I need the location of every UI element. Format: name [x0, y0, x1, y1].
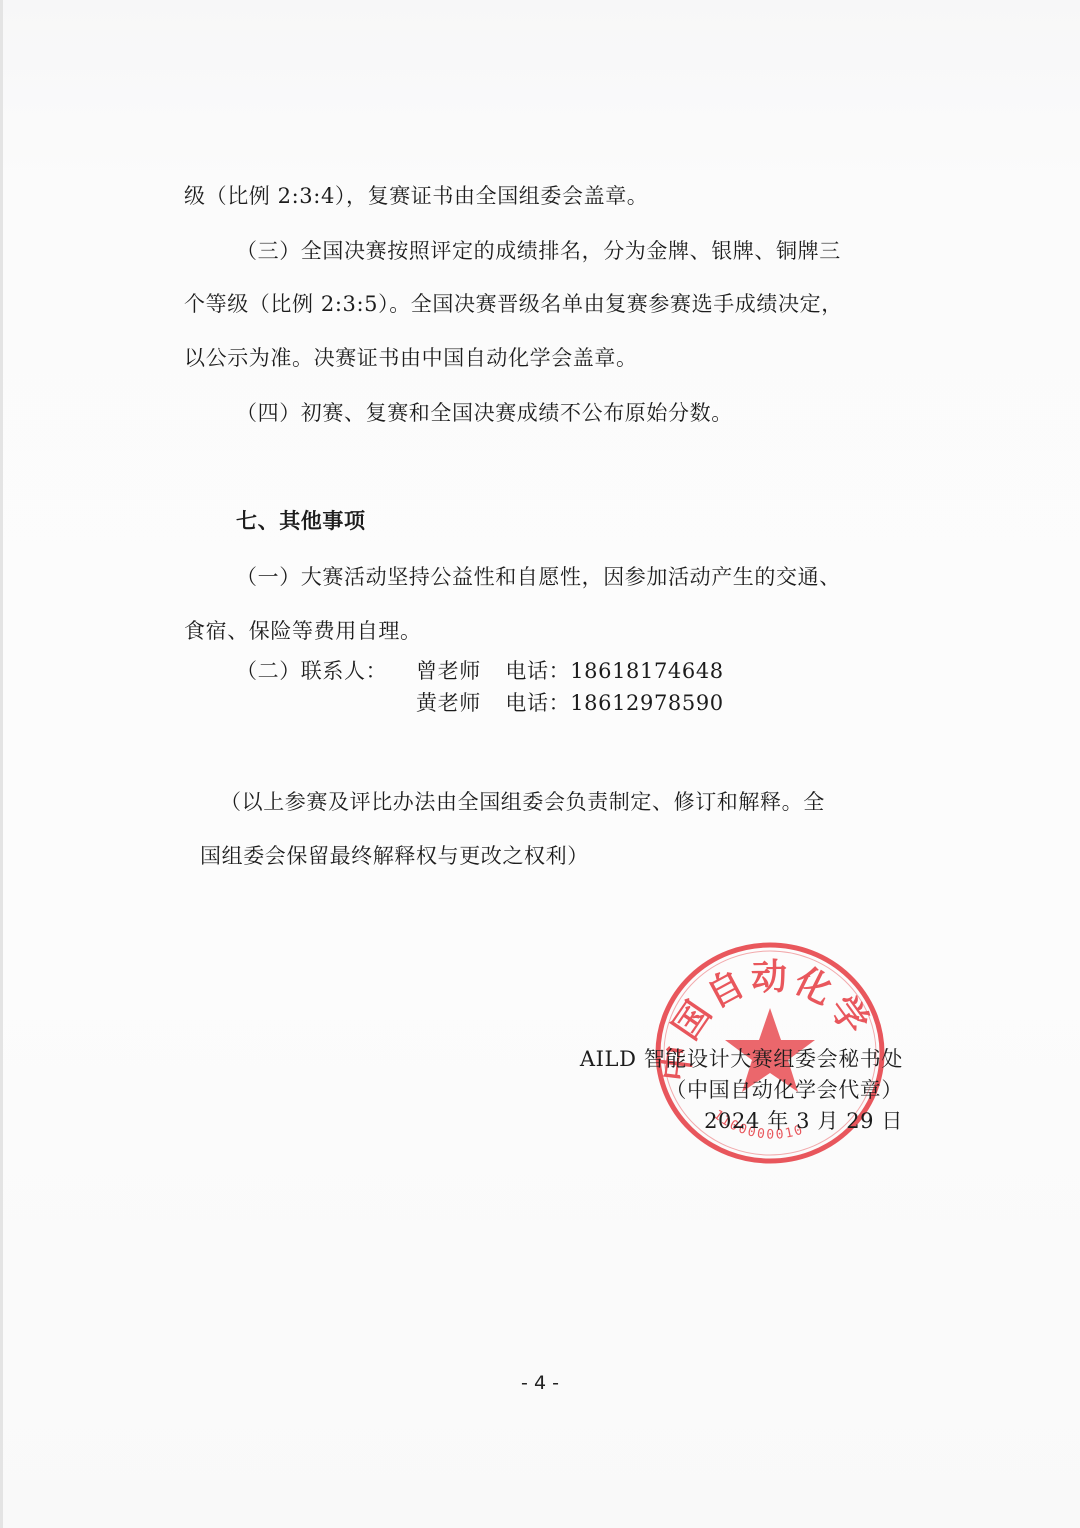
contact-phone: 18612978590 — [570, 691, 724, 715]
signature-date: 2024 年 3 月 29 日 — [704, 1107, 903, 1135]
paragraph-3-line-2: 个等级（比例 2:3:5）。全国决赛晋级名单由复赛参赛选手成绩决定， — [184, 290, 843, 318]
contact-name: 曾老师 — [416, 659, 481, 683]
note-line-2: 国组委会保留最终解释权与更改之权利） — [200, 842, 589, 870]
section-7-heading: 七、其他事项 — [236, 507, 366, 535]
contact-phone-label: 电话： — [505, 659, 570, 683]
paragraph-3-line-3: 以公示为准。决赛证书由中国自动化学会盖章。 — [184, 344, 638, 372]
contact-phone-label: 电话： — [505, 691, 570, 715]
signature-organization: AILD 智能设计大赛组委会秘书处 — [580, 1045, 903, 1073]
paragraph-4: （四）初赛、复赛和全国决赛成绩不公布原始分数。 — [236, 399, 733, 427]
document-page: 中国自动化学会 1100000010 级（比例 2:3:4），复赛证书由全国组委… — [0, 0, 1080, 1528]
paragraph-grade-continuation: 级（比例 2:3:4），复赛证书由全国组委会盖章。 — [184, 182, 648, 210]
section-7-item-1-line-1: （一）大赛活动坚持公益性和自愿性，因参加活动产生的交通、 — [236, 563, 841, 591]
page-edge — [0, 0, 3, 1528]
contact-name: 黄老师 — [416, 691, 481, 715]
signature-seal-note: （中国自动化学会代章） — [665, 1076, 903, 1104]
section-7-item-1-line-2: 食宿、保险等费用自理。 — [184, 617, 422, 645]
contacts-label: （二）联系人： — [236, 657, 387, 685]
page-number: - 4 - — [0, 1372, 1080, 1394]
note-line-1: （以上参赛及评比办法由全国组委会负责制定、修订和解释。全 — [220, 788, 825, 816]
contact-phone: 18618174648 — [570, 659, 724, 683]
paragraph-3-line-1: （三）全国决赛按照评定的成绩排名，分为金牌、银牌、铜牌三 — [236, 237, 841, 265]
contact-row: 黄老师 电话：18612978590 — [416, 689, 724, 717]
contact-row: 曾老师 电话：18618174648 — [416, 657, 724, 685]
